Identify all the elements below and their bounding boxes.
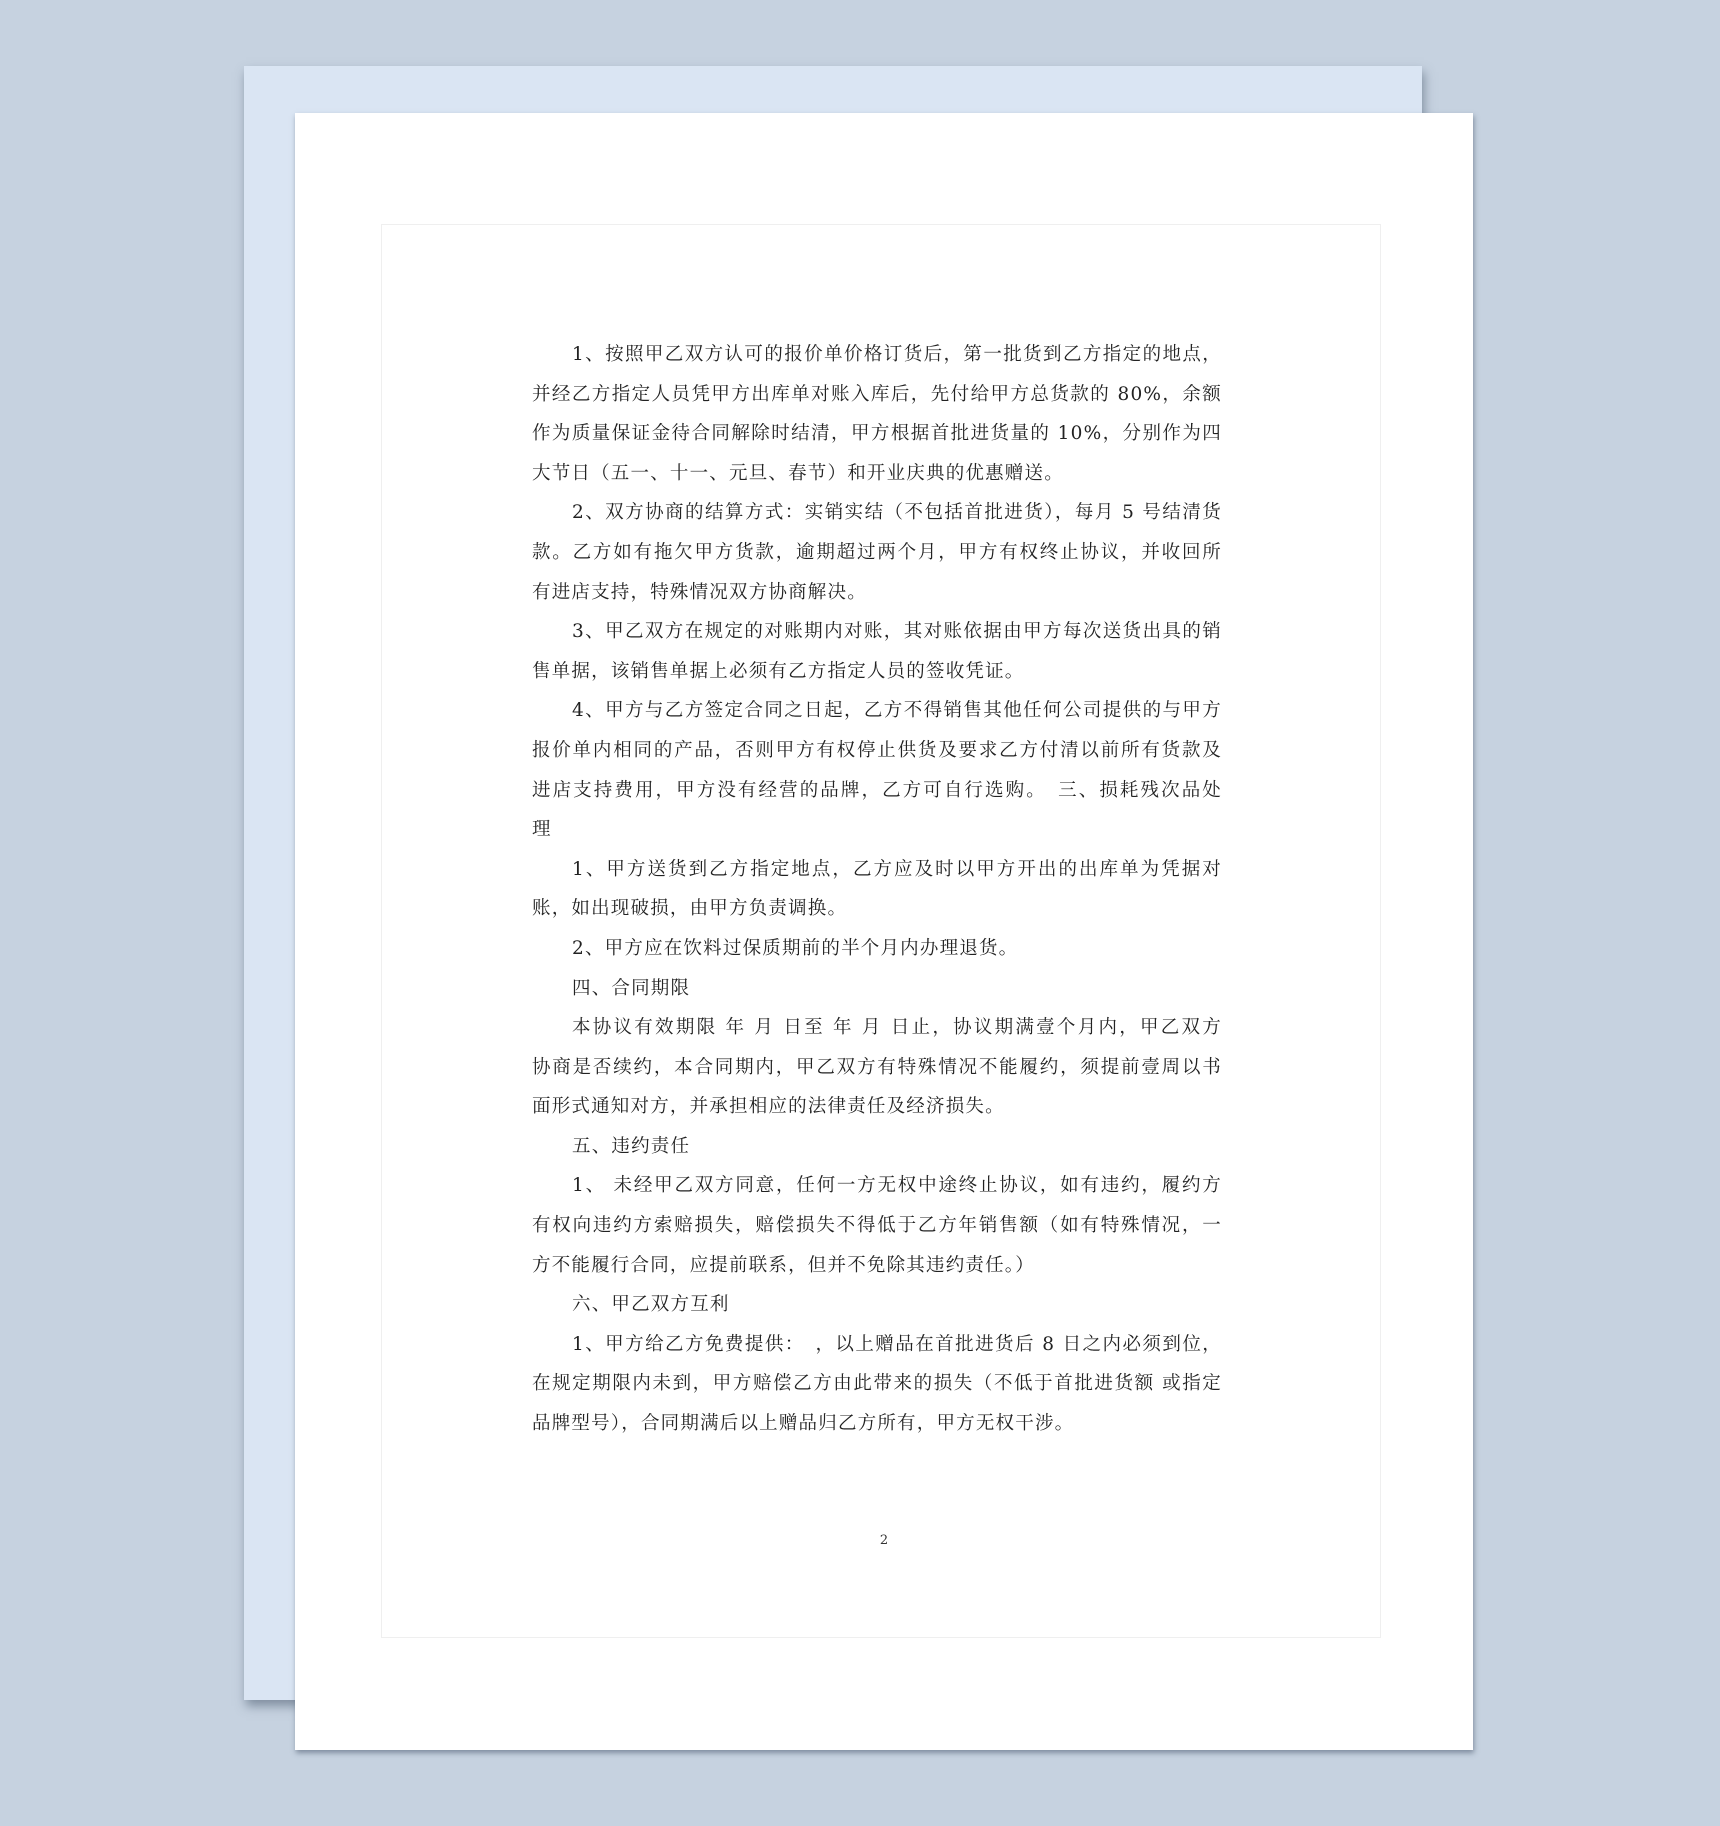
body-line: 1、 未经甲乙双方同意，任何一方无权中途终止协议，如有违约，履约方	[532, 1173, 1222, 1213]
body-line: 4、甲方与乙方签定合同之日起，乙方不得销售其他任何公司提供的与甲方	[532, 698, 1222, 738]
body-line: 作为质量保证金待合同解除时结清，甲方根据首批进货量的 10%，分别作为四	[532, 421, 1222, 461]
body-line: 2、甲方应在饮料过保质期前的半个月内办理退货。	[532, 936, 1222, 976]
body-line: 方不能履行合同，应提前联系，但并不免除其违约责任。）	[532, 1253, 1222, 1293]
body-line: 面形式通知对方，并承担相应的法律责任及经济损失。	[532, 1094, 1222, 1134]
body-line: 1、甲方给乙方免费提供： ，以上赠品在首批进货后 8 日之内必须到位，	[532, 1332, 1222, 1372]
body-line: 售单据，该销售单据上必须有乙方指定人员的签收凭证。	[532, 659, 1222, 699]
body-line: 1、按照甲乙双方认可的报价单价格订货后，第一批货到乙方指定的地点，	[532, 342, 1222, 382]
body-line: 有权向违约方索赔损失，赔偿损失不得低于乙方年销售额（如有特殊情况，一	[532, 1213, 1222, 1253]
body-line: 本协议有效期限 年 月 日至 年 月 日止，协议期满壹个月内，甲乙双方	[532, 1015, 1222, 1055]
body-line: 有进店支持，特殊情况双方协商解决。	[532, 580, 1222, 620]
section-heading: 六、甲乙双方互利	[532, 1292, 1222, 1332]
section-heading: 五、违约责任	[532, 1134, 1222, 1174]
document-page: 1、按照甲乙双方认可的报价单价格订货后，第一批货到乙方指定的地点， 并经乙方指定…	[295, 113, 1473, 1750]
body-line: 在规定期限内未到，甲方赔偿乙方由此带来的损失（不低于首批进货额 或指定	[532, 1371, 1222, 1411]
body-line: 进店支持费用，甲方没有经营的品牌，乙方可自行选购。 三、损耗残次品处	[532, 778, 1222, 818]
body-line: 大节日（五一、十一、元旦、春节）和开业庆典的优惠赠送。	[532, 461, 1222, 501]
body-line: 理	[532, 817, 1222, 857]
body-line: 账，如出现破损，由甲方负责调换。	[532, 896, 1222, 936]
page-number: 2	[295, 1533, 1473, 1548]
body-line: 协商是否续约，本合同期内，甲乙双方有特殊情况不能履约，须提前壹周以书	[532, 1055, 1222, 1095]
body-line: 1、甲方送货到乙方指定地点，乙方应及时以甲方开出的出库单为凭据对	[532, 857, 1222, 897]
body-line: 2、双方协商的结算方式：实销实结（不包括首批进货），每月 5 号结清货	[532, 500, 1222, 540]
body-line: 并经乙方指定人员凭甲方出库单对账入库后，先付给甲方总货款的 80%，余额	[532, 382, 1222, 422]
section-heading: 四、合同期限	[532, 976, 1222, 1016]
body-line: 品牌型号），合同期满后以上赠品归乙方所有，甲方无权干涉。	[532, 1411, 1222, 1451]
body-line: 3、甲乙双方在规定的对账期内对账，其对账依据由甲方每次送货出具的销	[532, 619, 1222, 659]
body-line: 款。乙方如有拖欠甲方货款，逾期超过两个月，甲方有权终止协议，并收回所	[532, 540, 1222, 580]
document-body: 1、按照甲乙双方认可的报价单价格订货后，第一批货到乙方指定的地点， 并经乙方指定…	[532, 342, 1222, 1451]
body-line: 报价单内相同的产品，否则甲方有权停止供货及要求乙方付清以前所有货款及	[532, 738, 1222, 778]
